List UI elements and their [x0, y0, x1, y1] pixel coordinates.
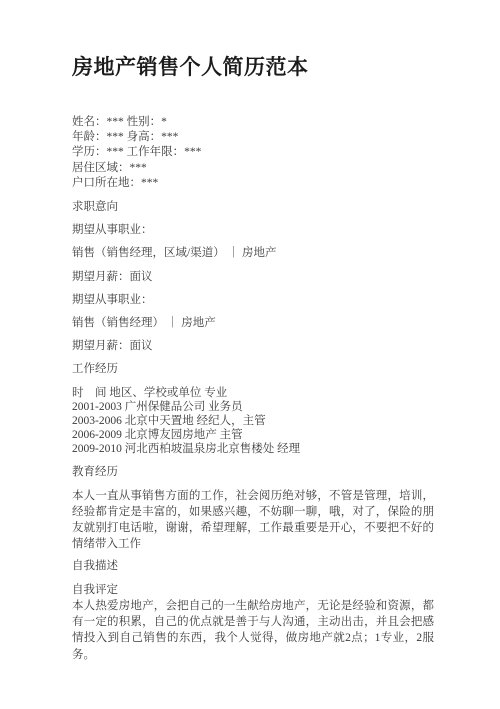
basic-info-line-residence: 居住区域：*** — [72, 161, 434, 176]
page-title: 房地产销售个人简历范本 — [72, 52, 434, 82]
section-heading-education: 教育经历 — [72, 465, 434, 480]
self-evaluation-block: 自我评定 本人热爱房地产，会把自己的一生献给房地产，无论是经验和资源，都有一定的… — [72, 582, 434, 663]
job-intent-1-position: 销售（销售经理，区域/渠道） ｜ 房地产 — [72, 246, 434, 261]
section-heading-self-evaluation: 自我评定 — [72, 582, 434, 598]
job-intent-2-salary: 期望月薪：面议 — [72, 339, 434, 354]
job-intent-1-salary: 期望月薪：面议 — [72, 270, 434, 285]
resume-document: 房地产销售个人简历范本 姓名：*** 性别：* 年龄：*** 身高：*** 学历… — [0, 0, 500, 709]
basic-info-block: 姓名：*** 性别：* 年龄：*** 身高：*** 学历：*** 工作年限：**… — [72, 115, 434, 191]
basic-info-line-name-gender: 姓名：*** 性别：* — [72, 115, 434, 130]
section-heading-job-intent: 求职意向 — [72, 200, 434, 215]
work-experience-row: 2001-2003 广州保健品公司 业务员 — [72, 400, 434, 414]
work-experience-row: 2009-2010 河北西柏坡温泉房北京售楼处 经理 — [72, 442, 434, 456]
basic-info-line-age-height: 年龄：*** 身高：*** — [72, 130, 434, 145]
work-experience-table: 时 间 地区、学校或单位 专业 2001-2003 广州保健品公司 业务员 20… — [72, 386, 434, 457]
basic-info-line-education-years: 学历：*** 工作年限：*** — [72, 145, 434, 160]
job-intent-1-label: 期望从事职业： — [72, 223, 434, 238]
job-intent-2-label: 期望从事职业： — [72, 293, 434, 308]
work-experience-row: 2006-2009 北京博友园房地产 主管 — [72, 428, 434, 442]
work-experience-header-row: 时 间 地区、学校或单位 专业 — [72, 386, 434, 400]
work-experience-row: 2003-2006 北京中天置地 经纪人，主管 — [72, 414, 434, 428]
job-intent-2-position: 销售（销售经理） ｜ 房地产 — [72, 316, 434, 331]
basic-info-line-registered-residence: 户口所在地：*** — [72, 176, 434, 191]
education-paragraph: 本人一直从事销售方面的工作，社会阅历绝对够，不管是管理，培训，经验都肯定是丰富的… — [72, 488, 434, 553]
self-evaluation-paragraph: 本人热爱房地产，会把自己的一生献给房地产，无论是经验和资源，都有一定的积累，自己… — [72, 598, 434, 663]
section-heading-work-experience: 工作经历 — [72, 362, 434, 377]
section-heading-self-description: 自我描述 — [72, 559, 434, 574]
